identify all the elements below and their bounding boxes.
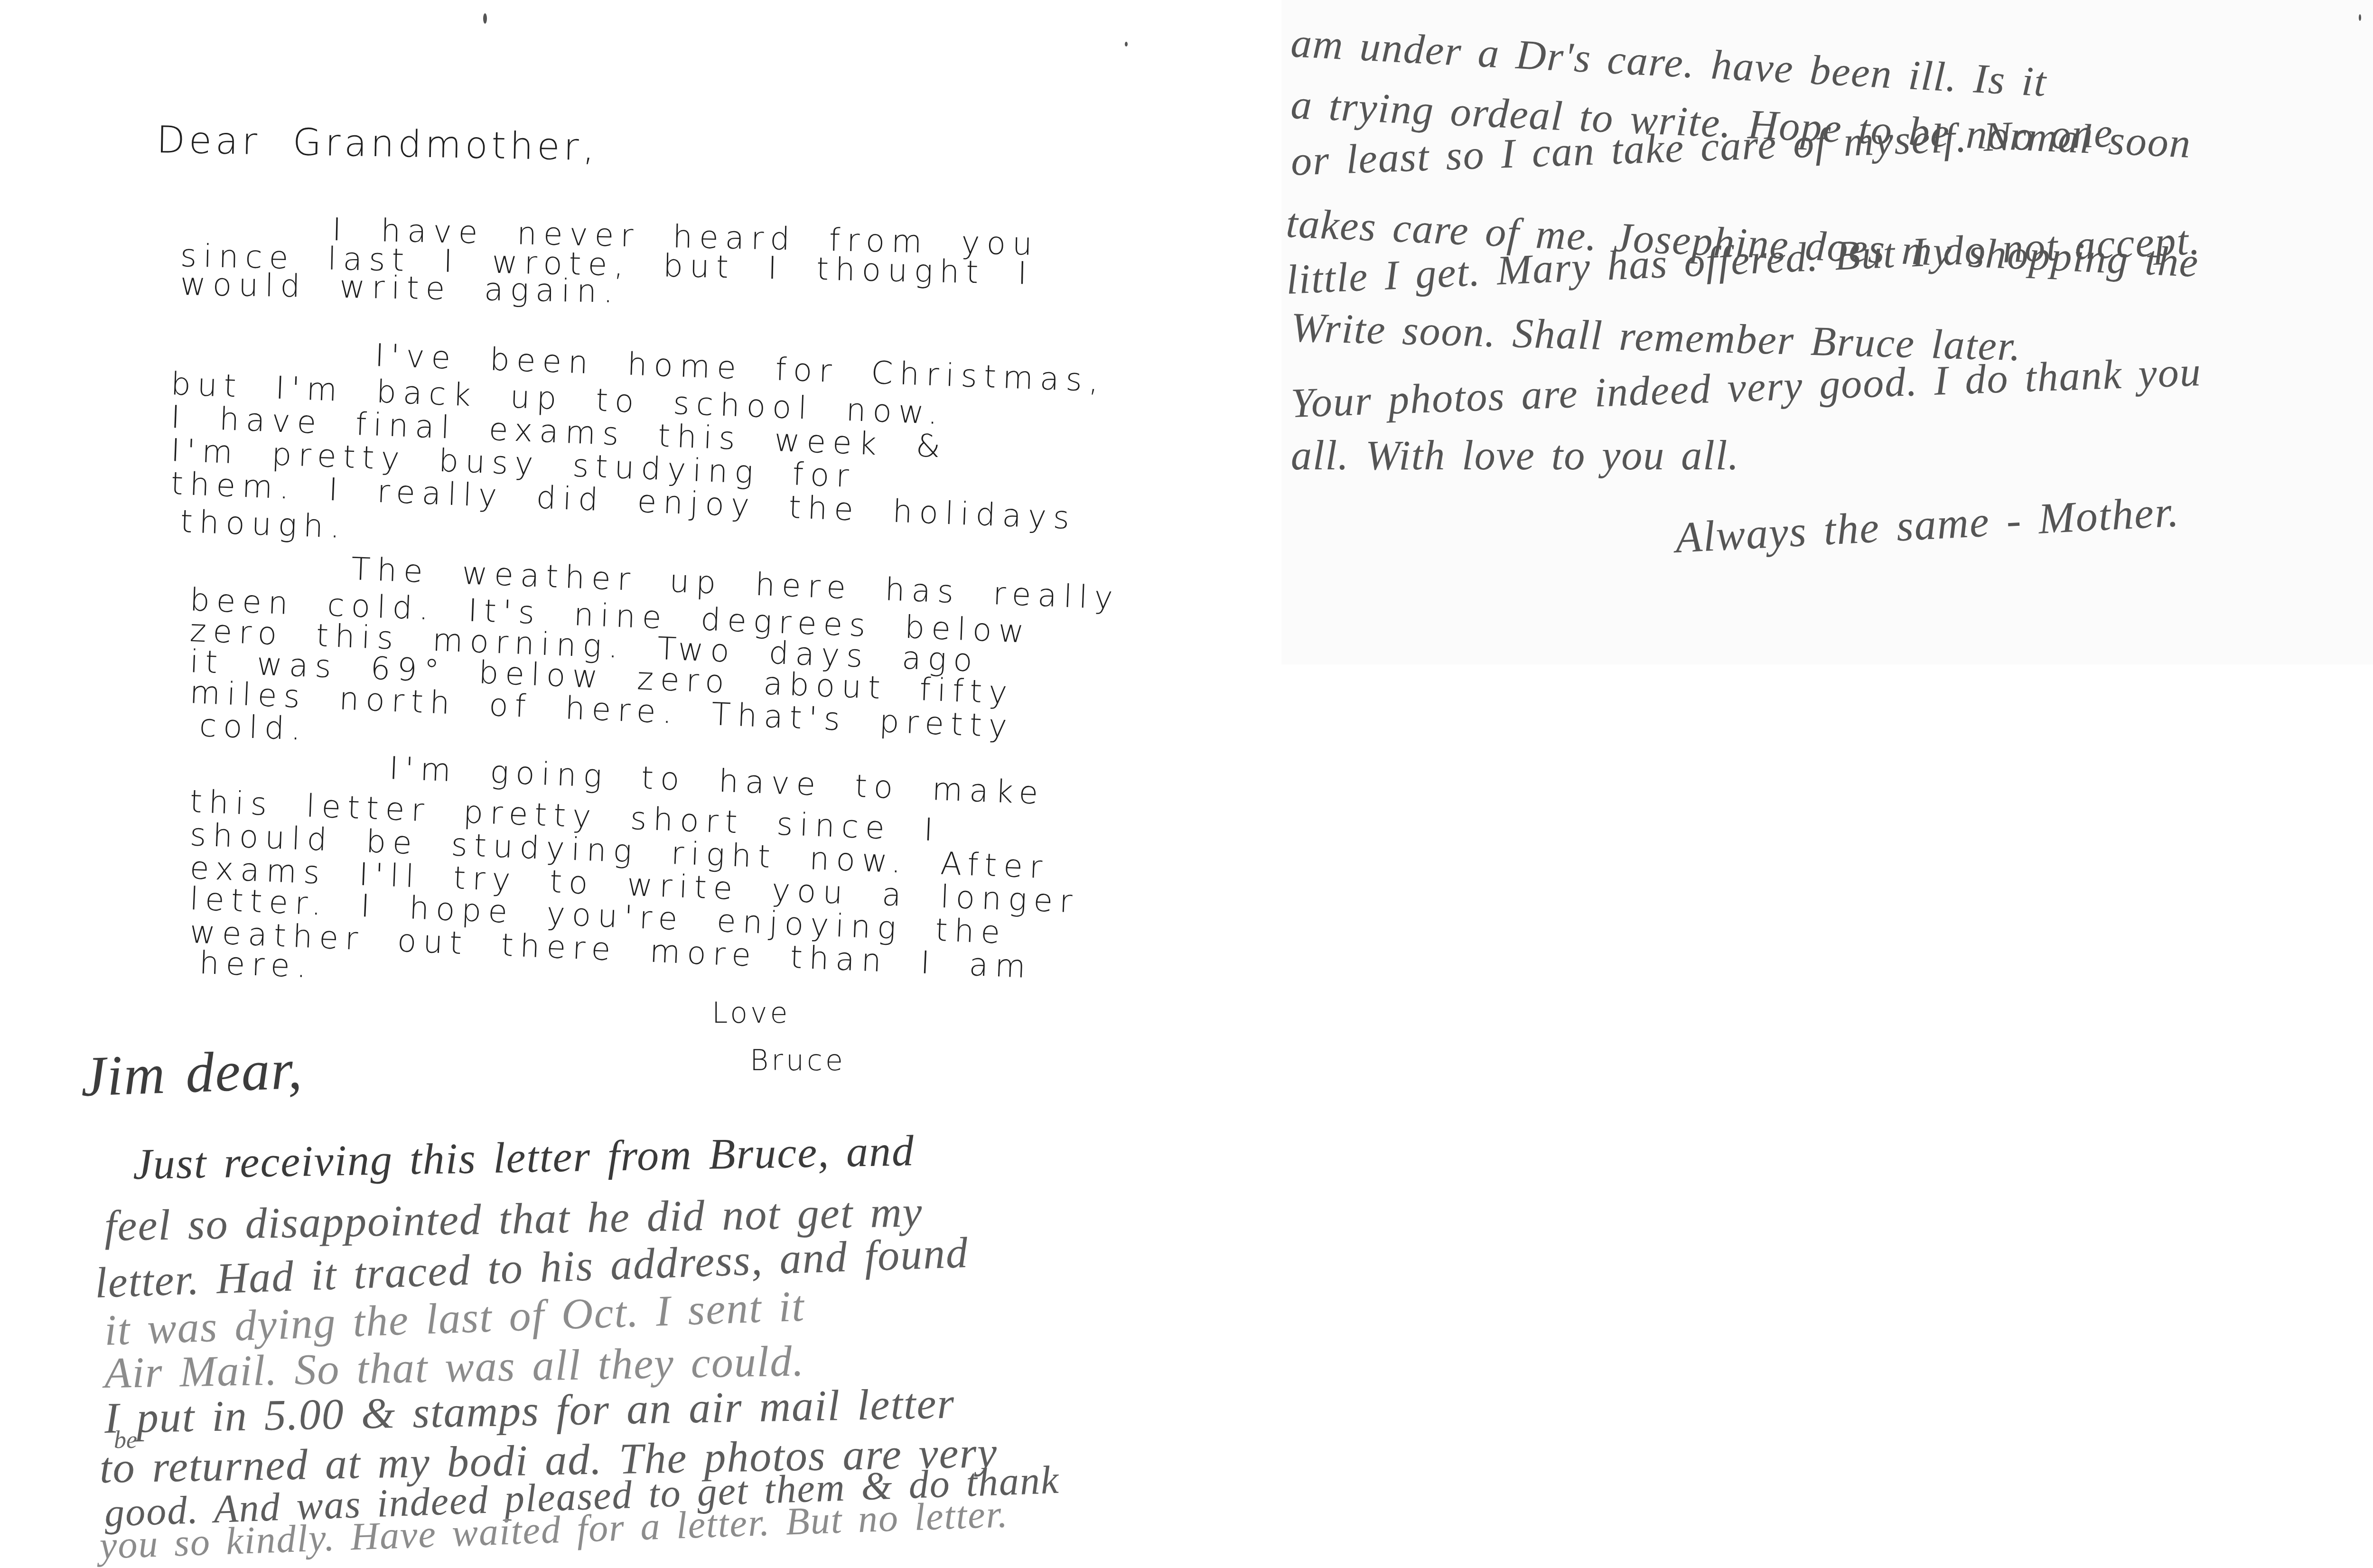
ink-speck <box>2359 14 2361 21</box>
letter-line: would write again. <box>180 266 620 310</box>
letter-page-right: am under a Dr's care. have been ill. Is … <box>1281 0 2373 664</box>
letter-signature: Bruce <box>750 1044 846 1077</box>
ink-speck <box>483 13 487 24</box>
letter-line: though. <box>180 503 347 545</box>
ink-speck <box>1125 42 1128 47</box>
postscript-greeting: Jim dear, <box>80 1036 304 1110</box>
continuation-signature: Always the same - Mother. <box>1674 486 2181 563</box>
postscript-line: Just receiving this letter from Bruce, a… <box>132 1125 915 1189</box>
letter-closing: Love <box>712 997 791 1030</box>
letter-greeting: Dear Grandmother, <box>156 119 598 169</box>
letter-line: cold. <box>199 707 308 747</box>
continuation-line: all. With love to you all. <box>1291 432 1739 480</box>
letter-line: here. <box>199 944 314 985</box>
letter-page-left: Dear Grandmother, I have never heard fro… <box>0 0 1215 1568</box>
